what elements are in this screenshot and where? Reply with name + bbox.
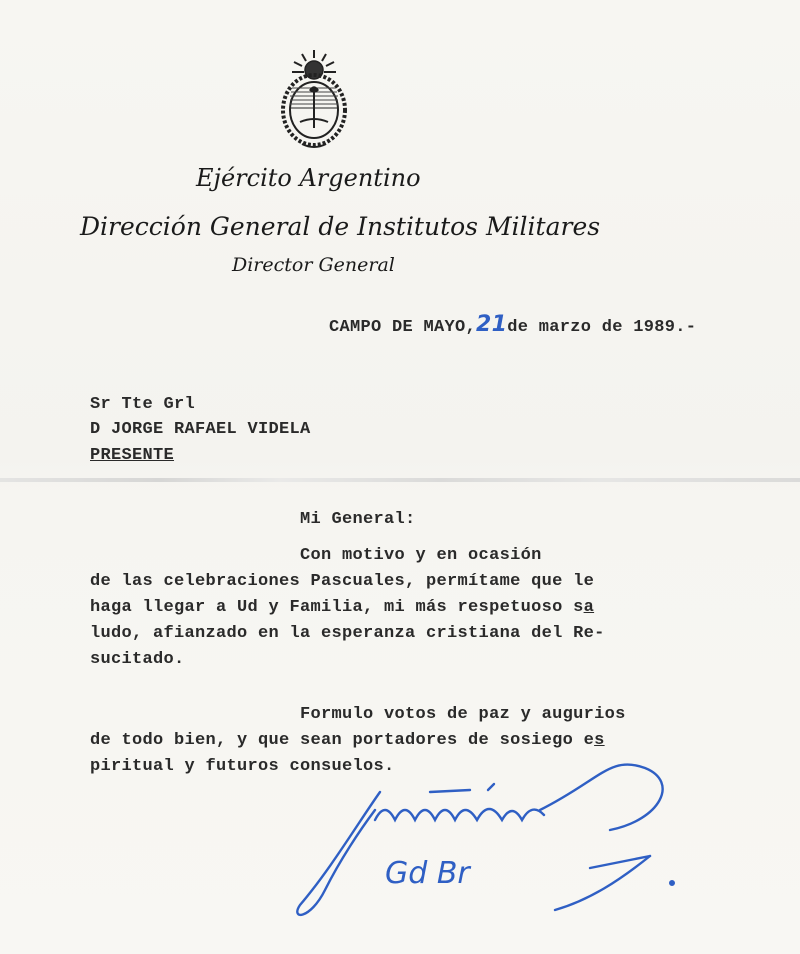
body-text: de todo bien, y que sean portadores de s… xyxy=(90,731,594,750)
paper-fold-line xyxy=(0,478,800,482)
date-day-handwritten: 21 xyxy=(476,312,507,337)
body-line: Formulo votos de paz y augurios xyxy=(90,705,626,724)
handwritten-signature: Gd Br xyxy=(280,760,720,930)
underlined-char: s xyxy=(594,731,605,750)
body-line: ludo, afianzado en la esperanza cristian… xyxy=(90,624,605,643)
recipient-presente: PRESENTE xyxy=(90,446,174,465)
body-text: haga llegar a Ud y Familia, mi más respe… xyxy=(90,598,584,617)
recipient-rank: Sr Tte Grl xyxy=(90,395,195,414)
letterhead-title: Director General xyxy=(232,254,395,276)
argentine-coat-of-arms-icon xyxy=(278,48,350,150)
body-line: sucitado. xyxy=(90,650,185,669)
letterhead-directorate: Dirección General de Institutos Militare… xyxy=(80,212,600,241)
letterhead-army-name: Ejército Argentino xyxy=(196,164,421,192)
body-line: de todo bien, y que sean portadores de s… xyxy=(90,731,605,750)
signature-rank-annotation: Gd Br xyxy=(385,856,471,891)
date-line: CAMPO DE MAYO,21de marzo de 1989.- xyxy=(329,312,696,337)
body-line: Con motivo y en ocasión xyxy=(90,546,542,565)
body-line: de las celebraciones Pascuales, permítam… xyxy=(90,572,594,591)
date-rest: de marzo de 1989.- xyxy=(507,318,696,337)
recipient-name: D JORGE RAFAEL VIDELA xyxy=(90,420,311,439)
body-line: haga llegar a Ud y Familia, mi más respe… xyxy=(90,598,594,617)
date-place: CAMPO DE MAYO, xyxy=(329,318,476,337)
underlined-char: a xyxy=(584,598,595,617)
salutation: Mi General: xyxy=(300,510,416,529)
